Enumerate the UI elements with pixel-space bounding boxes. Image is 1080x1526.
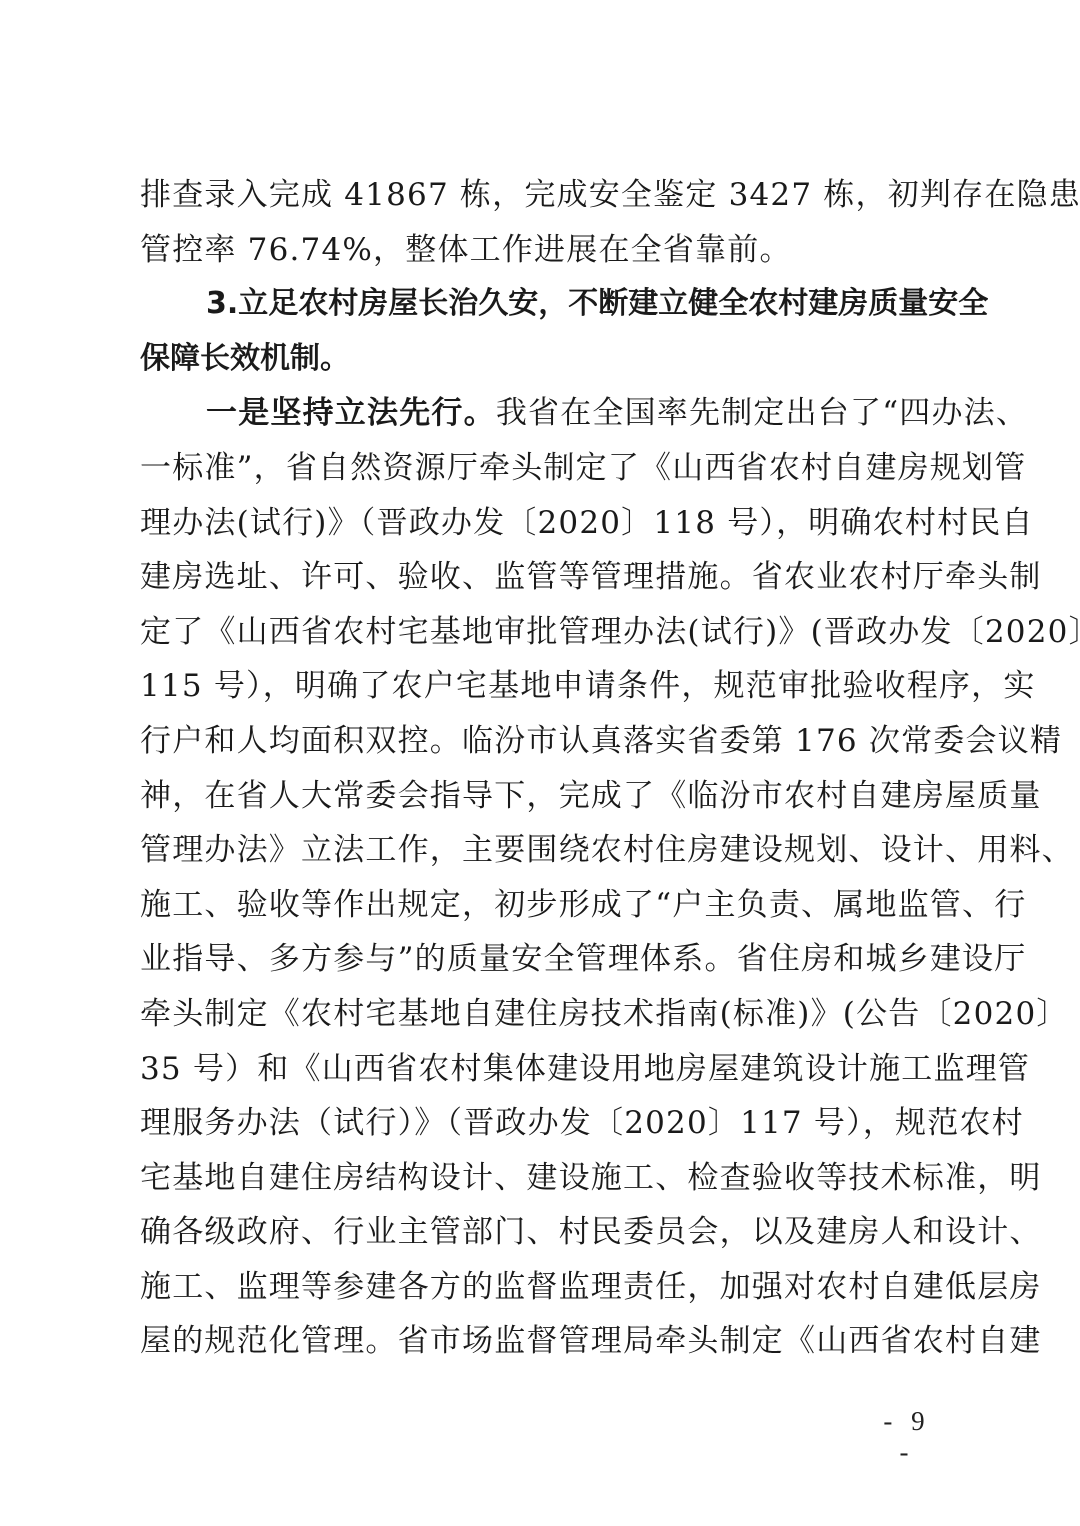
text-line: 宅基地自建住房结构设计、建设施工、检查验收等技术标准，明 [140, 1155, 940, 1210]
text-line: 理办法(试行)》（晋政办发〔2020〕118 号），明确农村村民自 [140, 500, 940, 555]
text-line: 建房选址、许可、验收、监管等管理措施。省农业农村厅牵头制 [140, 554, 940, 609]
text-line: 施工、监理等参建各方的监督监理责任，加强对农村自建低层房 [140, 1264, 940, 1319]
text-line: 神，在省人大常委会指导下，完成了《临汾市农村自建房屋质量 [140, 773, 940, 828]
section-heading: 保障长效机制。 [140, 336, 940, 391]
text-line: 理服务办法（试行）》（晋政办发〔2020〕117 号），规范农村 [140, 1100, 940, 1155]
paragraph-first-line: 一是坚持立法先行。我省在全国率先制定出台了“四办法、 [140, 390, 940, 445]
paragraph-lead: 一是坚持立法先行。 [206, 395, 496, 431]
text-line: 业指导、多方参与”的质量安全管理体系。省住房和城乡建设厅 [140, 936, 940, 991]
text-line: 排查录入完成 41867 栋，完成安全鉴定 3427 栋，初判存在隐患 [140, 172, 940, 227]
document-page: 排查录入完成 41867 栋，完成安全鉴定 3427 栋，初判存在隐患 管控率 … [140, 172, 940, 1373]
text-span: 我省在全国率先制定出台了“四办法、 [496, 395, 1028, 431]
text-line: 管理办法》立法工作，主要围绕农村住房建设规划、设计、用料、 [140, 827, 940, 882]
text-line: 牵头制定《农村宅基地自建住房技术指南(标准)》(公告〔2020〕 [140, 991, 940, 1046]
section-heading: 3.立足农村房屋长治久安，不断建立健全农村建房质量安全 [140, 281, 940, 336]
text-line: 施工、验收等作出规定，初步形成了“户主负责、属地监管、行 [140, 882, 940, 937]
page-number: - 9 - [872, 1406, 942, 1468]
text-line: 35 号）和《山西省农村集体建设用地房屋建筑设计施工监理管 [140, 1046, 940, 1101]
text-line: 一标准”，省自然资源厅牵头制定了《山西省农村自建房规划管 [140, 445, 940, 500]
text-line: 行户和人均面积双控。临汾市认真落实省委第 176 次常委会议精 [140, 718, 940, 773]
text-line: 115 号），明确了农户宅基地申请条件，规范审批验收程序，实 [140, 663, 940, 718]
text-line: 屋的规范化管理。省市场监督管理局牵头制定《山西省农村自建 [140, 1318, 940, 1373]
text-line: 定了《山西省农村宅基地审批管理办法(试行)》(晋政办发〔2020〕 [140, 609, 940, 664]
text-line: 确各级政府、行业主管部门、村民委员会，以及建房人和设计、 [140, 1209, 940, 1264]
text-line: 管控率 76.74%，整体工作进展在全省靠前。 [140, 227, 940, 282]
